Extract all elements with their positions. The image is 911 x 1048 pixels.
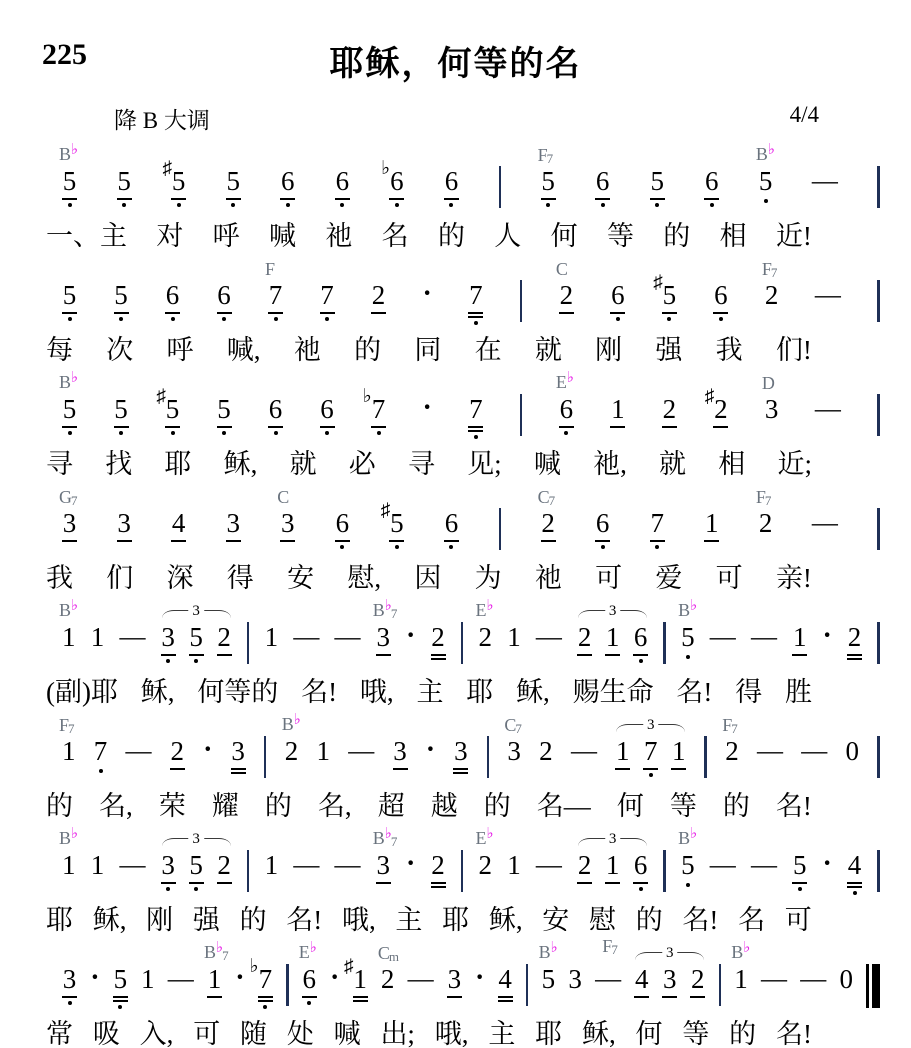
note-head: ♯5: [166, 394, 180, 424]
underline-beam: [280, 540, 295, 542]
note-digit: 2: [663, 394, 677, 424]
underline-beam: [541, 198, 556, 200]
note-digit: 5: [681, 850, 695, 880]
lyric-syllable: 刚: [595, 328, 622, 367]
duration-dash: —: [812, 166, 838, 196]
chord-label: B♭7: [373, 829, 398, 848]
low-octave-dot: [171, 431, 175, 435]
chord-label: B♭: [282, 715, 301, 734]
underline-beam: [389, 198, 404, 200]
note: 3: [453, 736, 468, 774]
note: ♭6: [389, 166, 404, 207]
note-digit: 6: [596, 166, 610, 196]
notation-line-6: F717—2·3B♭21—3·3C732—3171F72——0: [62, 709, 880, 783]
note-head: ♭6: [390, 166, 404, 196]
lyric-syllable: 何: [617, 784, 644, 823]
triplet-number: 3: [605, 831, 621, 848]
dotted-note-dot: ·: [426, 736, 435, 764]
lyric-syllable: 等: [670, 784, 697, 823]
note-digit: 1: [793, 622, 807, 652]
note-head: ♯5: [390, 508, 404, 538]
chord-suffix: 7: [547, 151, 554, 166]
chord-label: B♭: [678, 601, 697, 620]
chord-root: E: [556, 372, 567, 392]
underline-beam: [165, 426, 180, 428]
dotted-note-dot: ·: [406, 850, 415, 878]
underline-beam: [117, 540, 132, 542]
note: C72: [541, 508, 556, 542]
underline-beam: [847, 658, 862, 660]
note-digit: 0: [839, 964, 853, 994]
lyric-syllable: 等: [607, 214, 634, 253]
duration-dash: —: [335, 622, 361, 652]
note-digit: 1: [606, 622, 620, 652]
note: 1: [316, 736, 330, 766]
duration-dash: —: [595, 964, 621, 994]
note: 6: [704, 166, 719, 207]
note: 0: [839, 964, 853, 994]
note-head: 7: [650, 508, 664, 538]
note-digit: 1: [353, 964, 367, 994]
note: ♯2: [713, 394, 728, 428]
note-digit: 5: [114, 964, 128, 994]
low-octave-dot: [118, 1005, 122, 1009]
hymn-number: 225: [42, 38, 87, 72]
chord-label: B♭7: [204, 943, 229, 962]
note-head: 5: [650, 166, 664, 196]
underline-beam: [605, 882, 620, 884]
note-head: ♭7: [259, 964, 273, 994]
note-digit: 3: [117, 508, 131, 538]
chord-label: C: [556, 260, 568, 278]
underline-beam: [217, 426, 232, 428]
note-digit: 5: [172, 166, 186, 196]
note-digit: 2: [431, 622, 445, 652]
note: 2: [847, 622, 862, 660]
note: 6: [165, 280, 180, 321]
note-digit: 6: [320, 394, 334, 424]
underline-beam: [468, 312, 483, 314]
chord-root: B: [59, 600, 71, 620]
underline-beam: [610, 426, 625, 428]
note-head: 2: [217, 622, 231, 652]
lyric-syllable: 呼: [167, 328, 194, 367]
underline-beam: [633, 882, 648, 884]
underline-beam: [577, 654, 592, 656]
chord-suffix: m: [389, 949, 399, 964]
note: 6: [444, 508, 459, 549]
underline-beam: [207, 996, 222, 998]
note: C3: [280, 508, 295, 542]
note-digit: 2: [578, 622, 592, 652]
duration-dash: —: [293, 622, 319, 652]
note-digit: 6: [560, 394, 574, 424]
chord-root: B: [204, 942, 216, 962]
underline-beam: [320, 312, 335, 314]
underline-beam: [713, 312, 728, 314]
lyric-syllable: 喊: [269, 214, 296, 253]
underline-beam: [62, 198, 77, 200]
note-digit: 2: [539, 736, 553, 766]
underline-beam: [792, 654, 807, 656]
barline: [663, 850, 666, 892]
note-digit: 3: [507, 736, 521, 766]
duration-dash: —: [126, 736, 152, 766]
low-octave-dot: [194, 887, 198, 891]
lyric-syllable: 喊: [534, 442, 561, 481]
underline-beam: [189, 654, 204, 656]
chord-root: B: [282, 714, 294, 734]
lyric-syllable: 我: [716, 328, 743, 367]
note: 1: [91, 850, 105, 880]
note: B♭5: [759, 166, 773, 203]
lyric-syllable: 主: [395, 898, 422, 937]
note-digit: 3: [63, 508, 77, 538]
underline-beam: [62, 426, 77, 428]
lyric-syllable: 耶: [164, 442, 191, 481]
duration-dash: —: [335, 850, 361, 880]
chord-root: C: [277, 487, 289, 507]
note-head: 5: [114, 394, 128, 424]
note: ♭7: [371, 394, 386, 435]
note: ♯5: [662, 280, 677, 321]
underline-beam: [498, 1000, 513, 1002]
note-digit: 1: [616, 736, 630, 766]
note: 5: [113, 964, 128, 1009]
note-digit: 6: [705, 166, 719, 196]
note-digit: 6: [269, 394, 283, 424]
underline-beam: [650, 540, 665, 542]
chord-root: F: [265, 259, 275, 279]
duration-dash: —: [293, 850, 319, 880]
note-head: 2: [725, 736, 739, 766]
note-head: 3: [454, 736, 468, 766]
lyric-syllable: 的: [240, 898, 267, 937]
lyric-syllable: 稣,: [516, 670, 550, 709]
dotted-note-dot: ·: [203, 736, 212, 764]
barline: [663, 622, 666, 664]
note: F72: [759, 508, 773, 538]
chord-root: B: [539, 942, 551, 962]
note: B♭1: [734, 964, 748, 994]
low-octave-dot: [222, 431, 226, 435]
note: 1: [141, 964, 155, 994]
note: B♭73: [376, 622, 391, 656]
barline: [520, 394, 523, 436]
note-head: 3: [448, 964, 462, 994]
note-digit: 3: [568, 964, 582, 994]
note: 6: [713, 280, 728, 321]
note: 2: [371, 280, 386, 314]
note-head: 2: [431, 622, 445, 652]
note-digit: 6: [445, 166, 459, 196]
note: 2: [539, 736, 553, 766]
note-head: 2: [372, 280, 386, 310]
lyric-syllable: 名!: [286, 898, 322, 937]
note: 4: [498, 964, 513, 1002]
flat-icon: ♭: [71, 370, 78, 386]
lyric-syllable: 名,: [99, 784, 133, 823]
lyric-syllable: 人: [494, 214, 521, 253]
lyric-syllable: 找: [105, 442, 132, 481]
note: B♭1: [62, 850, 76, 880]
low-octave-dot: [68, 203, 72, 207]
lyric-syllable: 名!: [301, 670, 337, 709]
underline-beam: [431, 886, 446, 888]
lyric-syllable: 耀: [212, 784, 239, 823]
low-octave-dot: [601, 545, 605, 549]
note-digit: 2: [541, 508, 555, 538]
note: 1: [507, 850, 521, 880]
note-digit: 5: [226, 166, 240, 196]
flat-icon: ♭: [486, 598, 493, 614]
note-head: 6: [320, 394, 334, 424]
note-head: 6: [166, 280, 180, 310]
note: F7: [268, 280, 283, 321]
note: E♭6: [559, 394, 574, 435]
notation-area: B♭55♯5566♭66F75656B♭5—一、主对呼喊祂名的人何等的相近!55…: [0, 139, 911, 1048]
flat-icon: ♭: [690, 598, 697, 614]
note-digit: 3: [231, 736, 245, 766]
note-digit: 6: [611, 280, 625, 310]
note-digit: 1: [62, 736, 76, 766]
note: 7: [94, 736, 108, 773]
note-head: 3: [161, 622, 175, 652]
note: 1: [507, 622, 521, 652]
note-digit: 4: [498, 964, 512, 994]
note: 5: [189, 850, 204, 891]
note: B♭71: [207, 964, 222, 998]
note-head: 7: [469, 280, 483, 310]
low-octave-dot: [231, 203, 235, 207]
underline-beam: [498, 996, 513, 998]
note-head: 5: [226, 166, 240, 196]
triplet-group: 3352: [161, 850, 232, 891]
low-octave-dot: [655, 545, 659, 549]
low-octave-dot: [655, 203, 659, 207]
note-digit: 3: [377, 850, 391, 880]
note: 5: [114, 280, 129, 321]
dotted-note-dot: ·: [330, 964, 339, 992]
barline: [526, 964, 529, 1006]
duration-dash: —: [815, 280, 841, 310]
note-head: 2: [478, 850, 492, 880]
note-head: 3: [161, 850, 175, 880]
lyric-syllable: 的: [729, 1012, 756, 1048]
underline-beam: [335, 198, 350, 200]
note-head: 1: [507, 622, 521, 652]
note-head: 6: [596, 166, 610, 196]
barline: [877, 508, 880, 550]
note-digit: 6: [596, 508, 610, 538]
underline-beam: [268, 312, 283, 314]
duration-dash: —: [751, 622, 777, 652]
note-head: 2: [765, 280, 779, 310]
note: 6: [280, 166, 295, 207]
underline-beam: [62, 540, 77, 542]
note-digit: 3: [393, 736, 407, 766]
low-octave-dot: [395, 545, 399, 549]
notation-line-3: B♭55♯5566♭7·7E♭612♯2D3—: [62, 367, 880, 441]
chord-root: B: [59, 828, 71, 848]
low-octave-dot: [853, 891, 857, 895]
duration-dash: —: [571, 736, 597, 766]
underline-beam: [847, 882, 862, 884]
duration-dash: —: [800, 964, 826, 994]
underline-beam: [662, 426, 677, 428]
note-digit: 3: [161, 850, 175, 880]
note-head: 5: [793, 850, 807, 880]
note-head: 2: [759, 508, 773, 538]
note: E♭2: [478, 622, 492, 652]
underline-beam: [595, 198, 610, 200]
lyrics-line-5: (副)耶稣,何等的名!哦,主耶稣,赐生命名!得胜: [46, 669, 812, 709]
lyrics-line-6: 的名,荣耀的名,超越的名—何等的名!: [46, 783, 812, 823]
note-digit: 2: [217, 850, 231, 880]
note: 5: [114, 394, 129, 435]
lyric-syllable: 可: [595, 556, 622, 595]
note: ♭7: [258, 964, 273, 1009]
lyric-syllable: 稣,: [224, 442, 258, 481]
lyrics-line-8: 常吸入,可随处喊出;哦,主耶稣,何等的名!: [46, 1011, 812, 1048]
barline: [461, 622, 464, 664]
note-digit: 6: [217, 280, 231, 310]
underline-beam: [217, 312, 232, 314]
low-octave-dot: [166, 659, 170, 663]
note-head: 0: [839, 964, 853, 994]
barline: [499, 166, 502, 208]
lyric-syllable: 何: [636, 1012, 663, 1048]
note-head: 2: [663, 394, 677, 424]
lyric-syllable: 可: [716, 556, 743, 595]
chord-label: C7: [538, 488, 556, 506]
time-signature: 4/4: [790, 102, 819, 135]
note-digit: 1: [705, 508, 719, 538]
chord-root: B: [373, 828, 385, 848]
note-digit: 2: [714, 394, 728, 424]
chord-root: B: [678, 828, 690, 848]
low-octave-dot: [274, 431, 278, 435]
dotted-note-dot: ·: [423, 280, 432, 308]
underline-beam: [320, 426, 335, 428]
low-octave-dot: [564, 431, 568, 435]
lyric-syllable: 名: [382, 214, 409, 253]
note: 2: [690, 964, 705, 998]
note: 2: [431, 622, 446, 660]
chord-suffix: 7: [391, 834, 398, 849]
low-octave-dot: [171, 317, 175, 321]
underline-beam: [170, 768, 185, 770]
note: 7: [650, 508, 665, 549]
flat-icon: ♭: [743, 940, 750, 956]
flat-icon: ♭: [567, 370, 574, 386]
note-digit: 6: [390, 166, 404, 196]
note-digit: 5: [63, 280, 77, 310]
note: D3: [765, 394, 779, 424]
header: 225 耶稣，何等的名: [0, 36, 911, 92]
low-octave-dot: [263, 1005, 267, 1009]
note: 5: [189, 622, 204, 663]
underline-beam: [704, 540, 719, 542]
low-octave-dot: [616, 317, 620, 321]
underline-beam: [431, 654, 446, 656]
note: 4: [634, 964, 649, 998]
lyric-syllable: 名—: [537, 784, 591, 823]
lyric-syllable: 每: [46, 328, 73, 367]
underline-beam: [62, 996, 77, 998]
note-head: 5: [759, 166, 773, 196]
duration-dash: —: [757, 736, 783, 766]
lyric-syllable: 祂: [294, 328, 321, 367]
lyric-syllable: 安: [287, 556, 314, 595]
flat-icon: ♭: [381, 159, 390, 178]
note-digit: 3: [377, 622, 391, 652]
note: 6: [633, 622, 648, 663]
note: 7: [468, 394, 483, 439]
lyric-syllable: 名!: [682, 898, 718, 937]
underline-beam: [662, 996, 677, 998]
underline-beam: [690, 996, 705, 998]
note-digit: 6: [336, 508, 350, 538]
sharp-icon: ♯: [156, 387, 166, 406]
underline-beam: [444, 540, 459, 542]
underline-beam: [217, 882, 232, 884]
lyric-syllable: 的: [663, 214, 690, 253]
barline: [520, 280, 523, 322]
note: 2: [170, 736, 185, 770]
note-head: 5: [189, 622, 203, 652]
note-digit: 6: [281, 166, 295, 196]
note: 4: [171, 508, 186, 542]
note: 3: [62, 964, 77, 1005]
lyric-syllable: 对: [156, 214, 183, 253]
note-head: 2: [560, 280, 574, 310]
dotted-note-dot: ·: [406, 622, 415, 650]
chord-label: B♭7: [373, 601, 398, 620]
chord-label: E♭: [556, 373, 574, 392]
sharp-icon: ♯: [705, 387, 715, 406]
note-head: 5: [63, 280, 77, 310]
barline: [461, 850, 464, 892]
lyric-syllable: 哦,: [342, 898, 376, 937]
duration-dash: —: [801, 736, 827, 766]
note-digit: 1: [62, 622, 76, 652]
underline-beam: [468, 426, 483, 428]
note-head: 7: [269, 280, 283, 310]
note-digit: 1: [734, 964, 748, 994]
underline-beam: [258, 996, 273, 998]
note-head: 5: [117, 166, 131, 196]
note-head: 3: [765, 394, 779, 424]
note-digit: 1: [141, 964, 155, 994]
note-head: 3: [63, 508, 77, 538]
note: ♯5: [389, 508, 404, 549]
note-digit: 1: [265, 622, 279, 652]
underline-beam: [577, 882, 592, 884]
note-head: 6: [336, 166, 350, 196]
lyric-syllable: 见;: [467, 442, 502, 481]
meta-row: 降 B 大调 4/4: [114, 102, 819, 135]
note-digit: 2: [381, 964, 395, 994]
barline: [499, 508, 502, 550]
note-digit: 5: [793, 850, 807, 880]
chord-label: B♭: [59, 829, 78, 848]
lyric-syllable: 的: [723, 784, 750, 823]
duration-dash: —: [536, 850, 562, 880]
underline-beam: [161, 654, 176, 656]
underline-beam: [847, 886, 862, 888]
low-octave-dot: [667, 317, 671, 321]
